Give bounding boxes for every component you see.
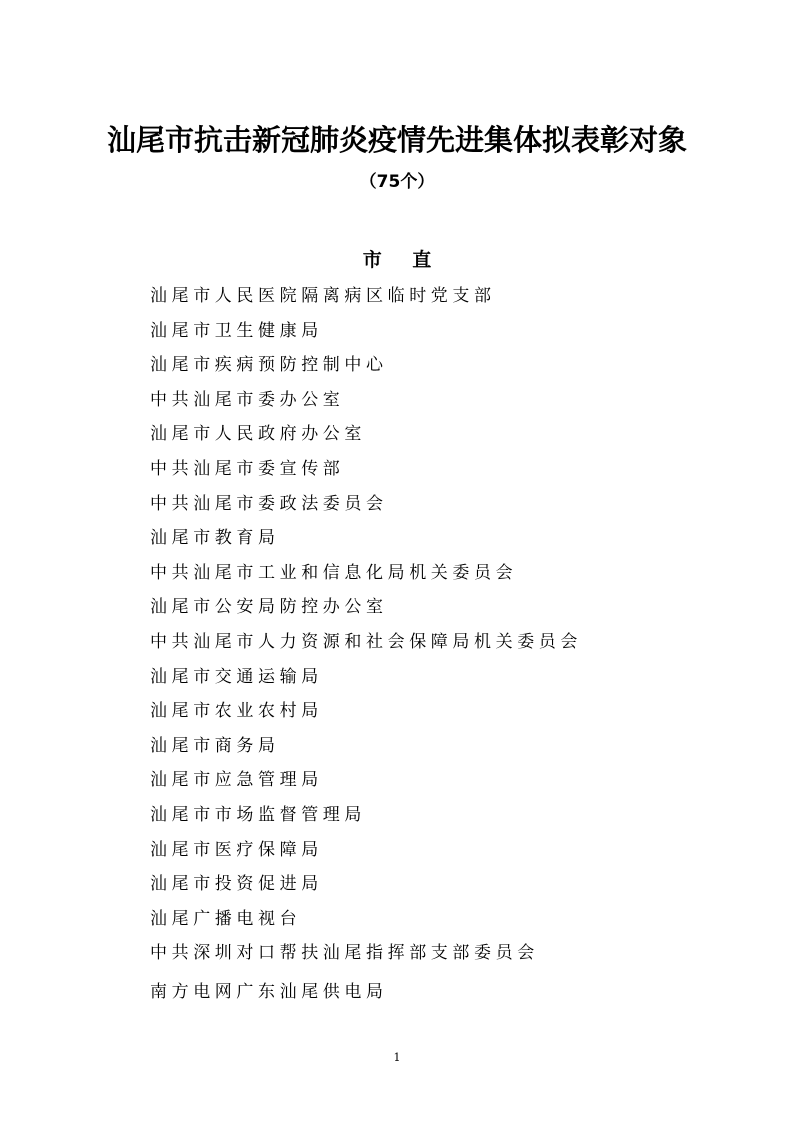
list-item: 中共汕尾市委宣传部 — [150, 456, 582, 491]
list-item: 汕尾市卫生健康局 — [150, 318, 582, 353]
list-item: 汕尾市农业农村局 — [150, 698, 582, 733]
list-item: 汕尾市公安局防控办公室 — [150, 594, 582, 629]
list-item: 汕尾市商务局 — [150, 733, 582, 768]
list-item: 汕尾市疾病预防控制中心 — [150, 352, 582, 387]
list-item: 汕尾市教育局 — [150, 525, 582, 560]
list-item: 汕尾市医疗保障局 — [150, 837, 582, 872]
unit-list: 汕尾市人民医院隔离病区临时党支部 汕尾市卫生健康局 汕尾市疾病预防控制中心 中共… — [150, 283, 582, 1013]
list-item: 汕尾市交通运输局 — [150, 664, 582, 699]
page-number: 1 — [0, 1051, 794, 1065]
list-item: 南方电网广东汕尾供电局 — [150, 979, 582, 1014]
page-title: 汕尾市抗击新冠肺炎疫情先进集体拟表彰对象 — [0, 122, 794, 158]
list-item: 中共汕尾市委办公室 — [150, 387, 582, 422]
page-subtitle-count: （75个） — [0, 170, 794, 194]
list-item: 汕尾市应急管理局 — [150, 767, 582, 802]
list-item: 中共汕尾市人力资源和社会保障局机关委员会 — [150, 629, 582, 664]
list-item: 汕尾广播电视台 — [150, 906, 582, 941]
list-item: 汕尾市投资促进局 — [150, 871, 582, 906]
list-item: 中共汕尾市委政法委员会 — [150, 491, 582, 526]
list-item: 汕尾市人民政府办公室 — [150, 421, 582, 456]
list-item: 中共深圳对口帮扶汕尾指挥部支部委员会 — [150, 940, 582, 975]
list-item: 汕尾市人民医院隔离病区临时党支部 — [150, 283, 582, 318]
section-heading-city-direct: 市 直 — [0, 247, 794, 273]
list-item: 汕尾市市场监督管理局 — [150, 802, 582, 837]
list-item: 中共汕尾市工业和信息化局机关委员会 — [150, 560, 582, 595]
